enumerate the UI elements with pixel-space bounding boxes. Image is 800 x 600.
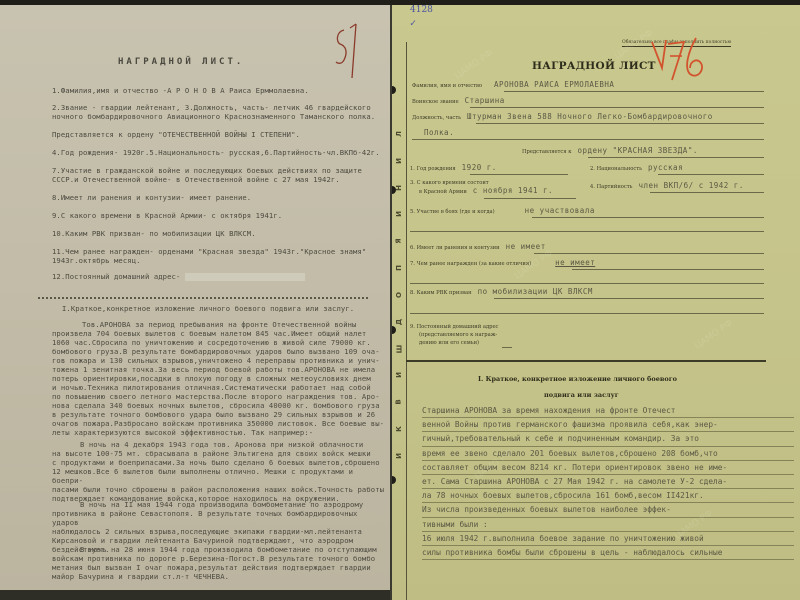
underline xyxy=(588,157,764,158)
narrative-line: ет. Сама Старшина АРОНОВА с 27 Мая 1942 … xyxy=(422,475,794,489)
episode-eltigen: В ночь на 4 декабря 1943 года тов. Ароно… xyxy=(52,440,387,503)
right-page-award-sheet: 4128 ✓ Л И Н И Я П О Д Ш И В К И Обязате… xyxy=(392,0,800,600)
birth-year-value: 1920 г. xyxy=(462,163,497,172)
underline xyxy=(412,139,764,140)
service-since-value: с ноября 1941 г. xyxy=(473,186,553,195)
episode-line: наблюдалось 2 сильных взрыва,последующие… xyxy=(52,527,387,536)
field-unit: ночного бомбардировочного Авиационного К… xyxy=(52,112,382,121)
wounds-value: не имеет xyxy=(506,242,546,251)
episode-line: метания был вызван I очаг пожара,результ… xyxy=(52,563,387,572)
nominated-value: ордену "КРАСНАЯ ЗВЕЗДА". xyxy=(577,146,697,155)
episode-line: В ночь на 4 декабря 1943 года тов. Ароно… xyxy=(52,440,387,449)
narrative-line: венной Войны против германского фашизма … xyxy=(422,418,794,432)
narrative-line: Старшина АРОНОВА за время нахождения на … xyxy=(422,404,794,418)
section-divider xyxy=(406,360,766,362)
row-name: Фамилия, имя и отчество АРОНОВА РАИСА ЕР… xyxy=(412,80,614,89)
combat-label: 5. Участие в боях (где и когда) xyxy=(410,209,495,215)
binding-margin-line xyxy=(406,42,407,600)
underline xyxy=(476,123,764,124)
underline xyxy=(532,217,764,218)
narrative-line: 16 июля 1942 г.выполнила боевое задание … xyxy=(422,532,794,546)
nationality-label: 2. Национальность xyxy=(590,166,642,172)
field-prev-awards-cont: 1943г.октябрь месяц. xyxy=(52,256,382,265)
narrative-line: нова сделала 340 боевых ночных вылетов, … xyxy=(52,401,387,410)
binding-letter: И xyxy=(395,158,403,164)
punch-hole xyxy=(392,86,396,94)
redacted-address xyxy=(185,273,305,281)
narrative-line: бомбового груза.В результате бомбардиров… xyxy=(52,347,387,356)
row-wounds: 6. Имеет ли ранения и контузии не имеет xyxy=(410,242,546,251)
nationality-value: русская xyxy=(648,163,683,172)
narrative-line: по повышению своего летного мастерства.П… xyxy=(52,392,387,401)
row-nationality: 2. Национальность русская xyxy=(590,163,683,172)
narrative-line: гичный,требовательный к себе и подчиненн… xyxy=(422,432,794,446)
right-narrative: Старшина АРОНОВА за время нахождения на … xyxy=(422,404,794,560)
binding-letter: П xyxy=(395,265,403,271)
narrative-line: 1060 час.Сбросила по уничтожению и сосре… xyxy=(52,338,387,347)
row-birth-year: 1. Год рождения 1920 г. xyxy=(410,163,497,172)
binding-letter: К xyxy=(395,426,403,432)
narrative-line: и ночью.Техника пилотирования отличная.С… xyxy=(52,383,387,392)
punch-hole xyxy=(392,476,396,484)
binding-letter: Я xyxy=(395,239,403,244)
position-value: Штурман Звена 588 Ночного Легко-Бомбарди… xyxy=(467,112,713,121)
row-service-since: 3. С какого времени состоит в Красной Ар… xyxy=(410,180,553,195)
episode-line: пасами были точно сброшены в район распо… xyxy=(52,485,387,494)
field-name: 1.Фамилия,имя и отчество -А Р О Н О В А … xyxy=(52,86,382,95)
section-heading-line-1: I. Краткое, конкретное изложение личного… xyxy=(478,375,677,383)
episode-line: В ночь на II мая 1944 года производила б… xyxy=(52,500,387,509)
binding-letter: Л xyxy=(395,131,403,137)
binding-letter: И xyxy=(395,453,403,459)
name-value: АРОНОВА РАИСА ЕРМОЛАЕВНА xyxy=(494,80,614,89)
party-value: член ВКП/б/ с 1942 г. xyxy=(639,181,744,190)
field-wounds: 8.Имеет ли ранения и контузии- имеет ран… xyxy=(52,193,382,202)
left-page-title: НАГРАДНОЙ ЛИСТ. xyxy=(118,58,244,67)
address-label-1: 9. Постоянный домашний адрес xyxy=(410,323,498,331)
field-prev-awards: 11.Чем ранее награжден- орденами "Красна… xyxy=(52,247,382,256)
left-section-heading: I.Краткое,конкретное изложение личного б… xyxy=(62,304,392,313)
row-rank: Воинское звание Старшина xyxy=(412,96,505,105)
episode-line: на высоте 100-75 мт. сбрасывала в районе… xyxy=(52,449,387,458)
position-label: Должность, часть xyxy=(412,115,461,121)
row-nominated: Представляется к ордену "КРАСНАЯ ЗВЕЗДА"… xyxy=(522,146,698,155)
underline xyxy=(502,347,512,348)
rank-label: Воинское звание xyxy=(412,99,459,105)
narrative-line: тожена 1 зенитная точка.За весь период б… xyxy=(52,365,387,374)
address-label-2: (представляемого к награж- xyxy=(410,331,498,339)
narrative-line: леты характеризуются высокой эффективнос… xyxy=(52,428,387,437)
position-value-2: Полка. xyxy=(424,128,454,137)
narrative-line: очагов пожара.Разбросано войскам противн… xyxy=(52,419,387,428)
row-address: 9. Постоянный домашний адрес (представля… xyxy=(410,323,498,347)
archive-watermark: ЦАМО РФ xyxy=(453,48,495,81)
row-position: Должность, часть Штурман Звена 588 Ночно… xyxy=(412,112,713,121)
narrative-line: потерь ориентировки,посадки в плохую пог… xyxy=(52,374,387,383)
episode-berezina: В ночь на 28 июня 1944 года производила … xyxy=(52,545,387,581)
service-since-label-2: в Красной Армии xyxy=(419,189,467,195)
episode-line: Кирсановой и гвардии лейтенанта Бачурино… xyxy=(52,536,387,545)
red-handwritten-number-176 xyxy=(650,34,710,86)
underline xyxy=(650,192,764,193)
field-address: 12.Постоянный домашний адрес- xyxy=(52,272,382,281)
name-label: Фамилия, имя и отчество xyxy=(412,83,482,89)
field-rank-position: 2.Звание - гвардии лейтенант, 3.Должност… xyxy=(52,103,382,112)
handwritten-number-51 xyxy=(330,20,370,80)
row-combat: 5. Участие в боях (где и когда) не участ… xyxy=(410,206,595,215)
binding-strip: Л И Н И Я П О Д Ш И В К И xyxy=(392,130,406,460)
binding-letter: И xyxy=(395,212,403,218)
rvk-value: по мобилизации ЦК ВЛКСМ xyxy=(478,287,593,296)
row-position-cont: Полка. xyxy=(424,128,454,137)
field-combat: 7.Участие в гражданской войне и последую… xyxy=(52,166,382,175)
narrative-line: в результате точного бомбового удара был… xyxy=(52,410,387,419)
rank-value: Старшина xyxy=(465,96,505,105)
narrative-line: Из числа произведенных боевых вылетов на… xyxy=(422,503,794,517)
row-party: 4. Партийность член ВКП/б/ с 1942 г. xyxy=(590,181,744,190)
address-label-3: дению или его семьи) xyxy=(410,339,498,347)
right-page-title: НАГРАДНОЙ ЛИСТ xyxy=(532,60,656,72)
row-rvk: 8. Каким РВК призван по мобилизации ЦК В… xyxy=(410,287,593,296)
prev-awards-label: 7. Чем ранее награжден (за какие отличия… xyxy=(410,261,531,267)
binding-letter: Н xyxy=(395,185,403,191)
field-rvk: 10.Каким РВК призван- по мобилизации ЦК … xyxy=(52,229,382,238)
narrative-line: силы противника бомбы были сброшены в це… xyxy=(422,546,794,560)
narrative-line: время ее звено сделало 201 боевых вылето… xyxy=(422,447,794,461)
episode-line: войскам противника по дороге р.Березина-… xyxy=(52,554,387,563)
check-mark-icon: ✓ xyxy=(410,18,416,29)
underline xyxy=(658,174,764,175)
narrative-line: произвела 704 боевых вылетов с боевым на… xyxy=(52,329,387,338)
underline xyxy=(410,313,764,314)
underline xyxy=(572,269,764,270)
binding-letter: Д xyxy=(395,319,403,325)
nominated-label: Представляется к xyxy=(522,149,571,155)
binding-letter: В xyxy=(395,400,403,405)
narrative-line: Тов.АРОНОВА за период пребывания на фрон… xyxy=(52,320,387,329)
field-birth-nationality-party: 4.Год рождения- 1920г.5.Национальность- … xyxy=(52,148,382,157)
underline xyxy=(410,231,764,232)
row-prev-awards: 7. Чем ранее награжден (за какие отличия… xyxy=(410,258,595,267)
episode-line: противника в районе Севастополя. В резул… xyxy=(52,509,387,527)
episode-line: 12 мешков.Все 6 вылетов были выполнены о… xyxy=(52,467,387,485)
field-combat-cont: СССР.и Отечественной войне- в Отечествен… xyxy=(52,175,382,184)
binding-letter: О xyxy=(395,292,403,298)
underline xyxy=(484,198,576,199)
episode-line: с продуктами и боеприпасами.За ночь было… xyxy=(52,458,387,467)
section-heading-line-2: подвига или заслуг xyxy=(544,391,619,399)
narrative-line: ла 78 ночных боевых вылетов,сбросила 161… xyxy=(422,489,794,503)
underline xyxy=(470,107,764,108)
wounds-label: 6. Имеет ли ранения и контузии xyxy=(410,245,500,251)
binding-letter: Ш xyxy=(395,344,403,353)
field-address-label: 12.Постоянный домашний адрес- xyxy=(52,272,180,281)
underline xyxy=(410,283,764,284)
corner-archive-note: 4128 xyxy=(410,5,433,15)
field-service-since: 9.С какого времени в Красной Армии- с ок… xyxy=(52,211,382,220)
underline xyxy=(534,253,764,254)
binding-letter: И xyxy=(395,373,403,379)
section-divider xyxy=(38,297,368,301)
episode-line: майор Бачурина и гвардии ст.л-т ЧЕЧНЕВА. xyxy=(52,572,387,581)
field-nominated: Представляется к ордену "ОТЕЧЕСТВЕННОЙ В… xyxy=(52,130,382,139)
narrative-line: тивными были : xyxy=(422,518,794,532)
party-label: 4. Партийность xyxy=(590,184,633,190)
prev-awards-value: не имеет xyxy=(555,258,595,267)
narrative-line: гов пожара и 130 сильных взрывов,уничтож… xyxy=(52,356,387,365)
rvk-label: 8. Каким РВК призван xyxy=(410,290,472,296)
birth-year-label: 1. Год рождения xyxy=(410,166,456,172)
underline xyxy=(494,298,764,299)
combat-value: не участвовала xyxy=(525,206,595,215)
scan-top-edge xyxy=(0,0,800,5)
underline xyxy=(504,91,764,92)
left-page-award-sheet: НАГРАДНОЙ ЛИСТ. 1.Фамилия,имя и отчество… xyxy=(0,0,392,600)
episode-line: В ночь на 28 июня 1944 года производила … xyxy=(52,545,387,554)
archive-watermark: ЦАМО РФ xyxy=(693,318,735,351)
narrative-line: составляет общим весом 8214 кг. Потери о… xyxy=(422,461,794,475)
left-narrative: Тов.АРОНОВА за период пребывания на фрон… xyxy=(52,320,387,437)
underline xyxy=(470,174,568,175)
